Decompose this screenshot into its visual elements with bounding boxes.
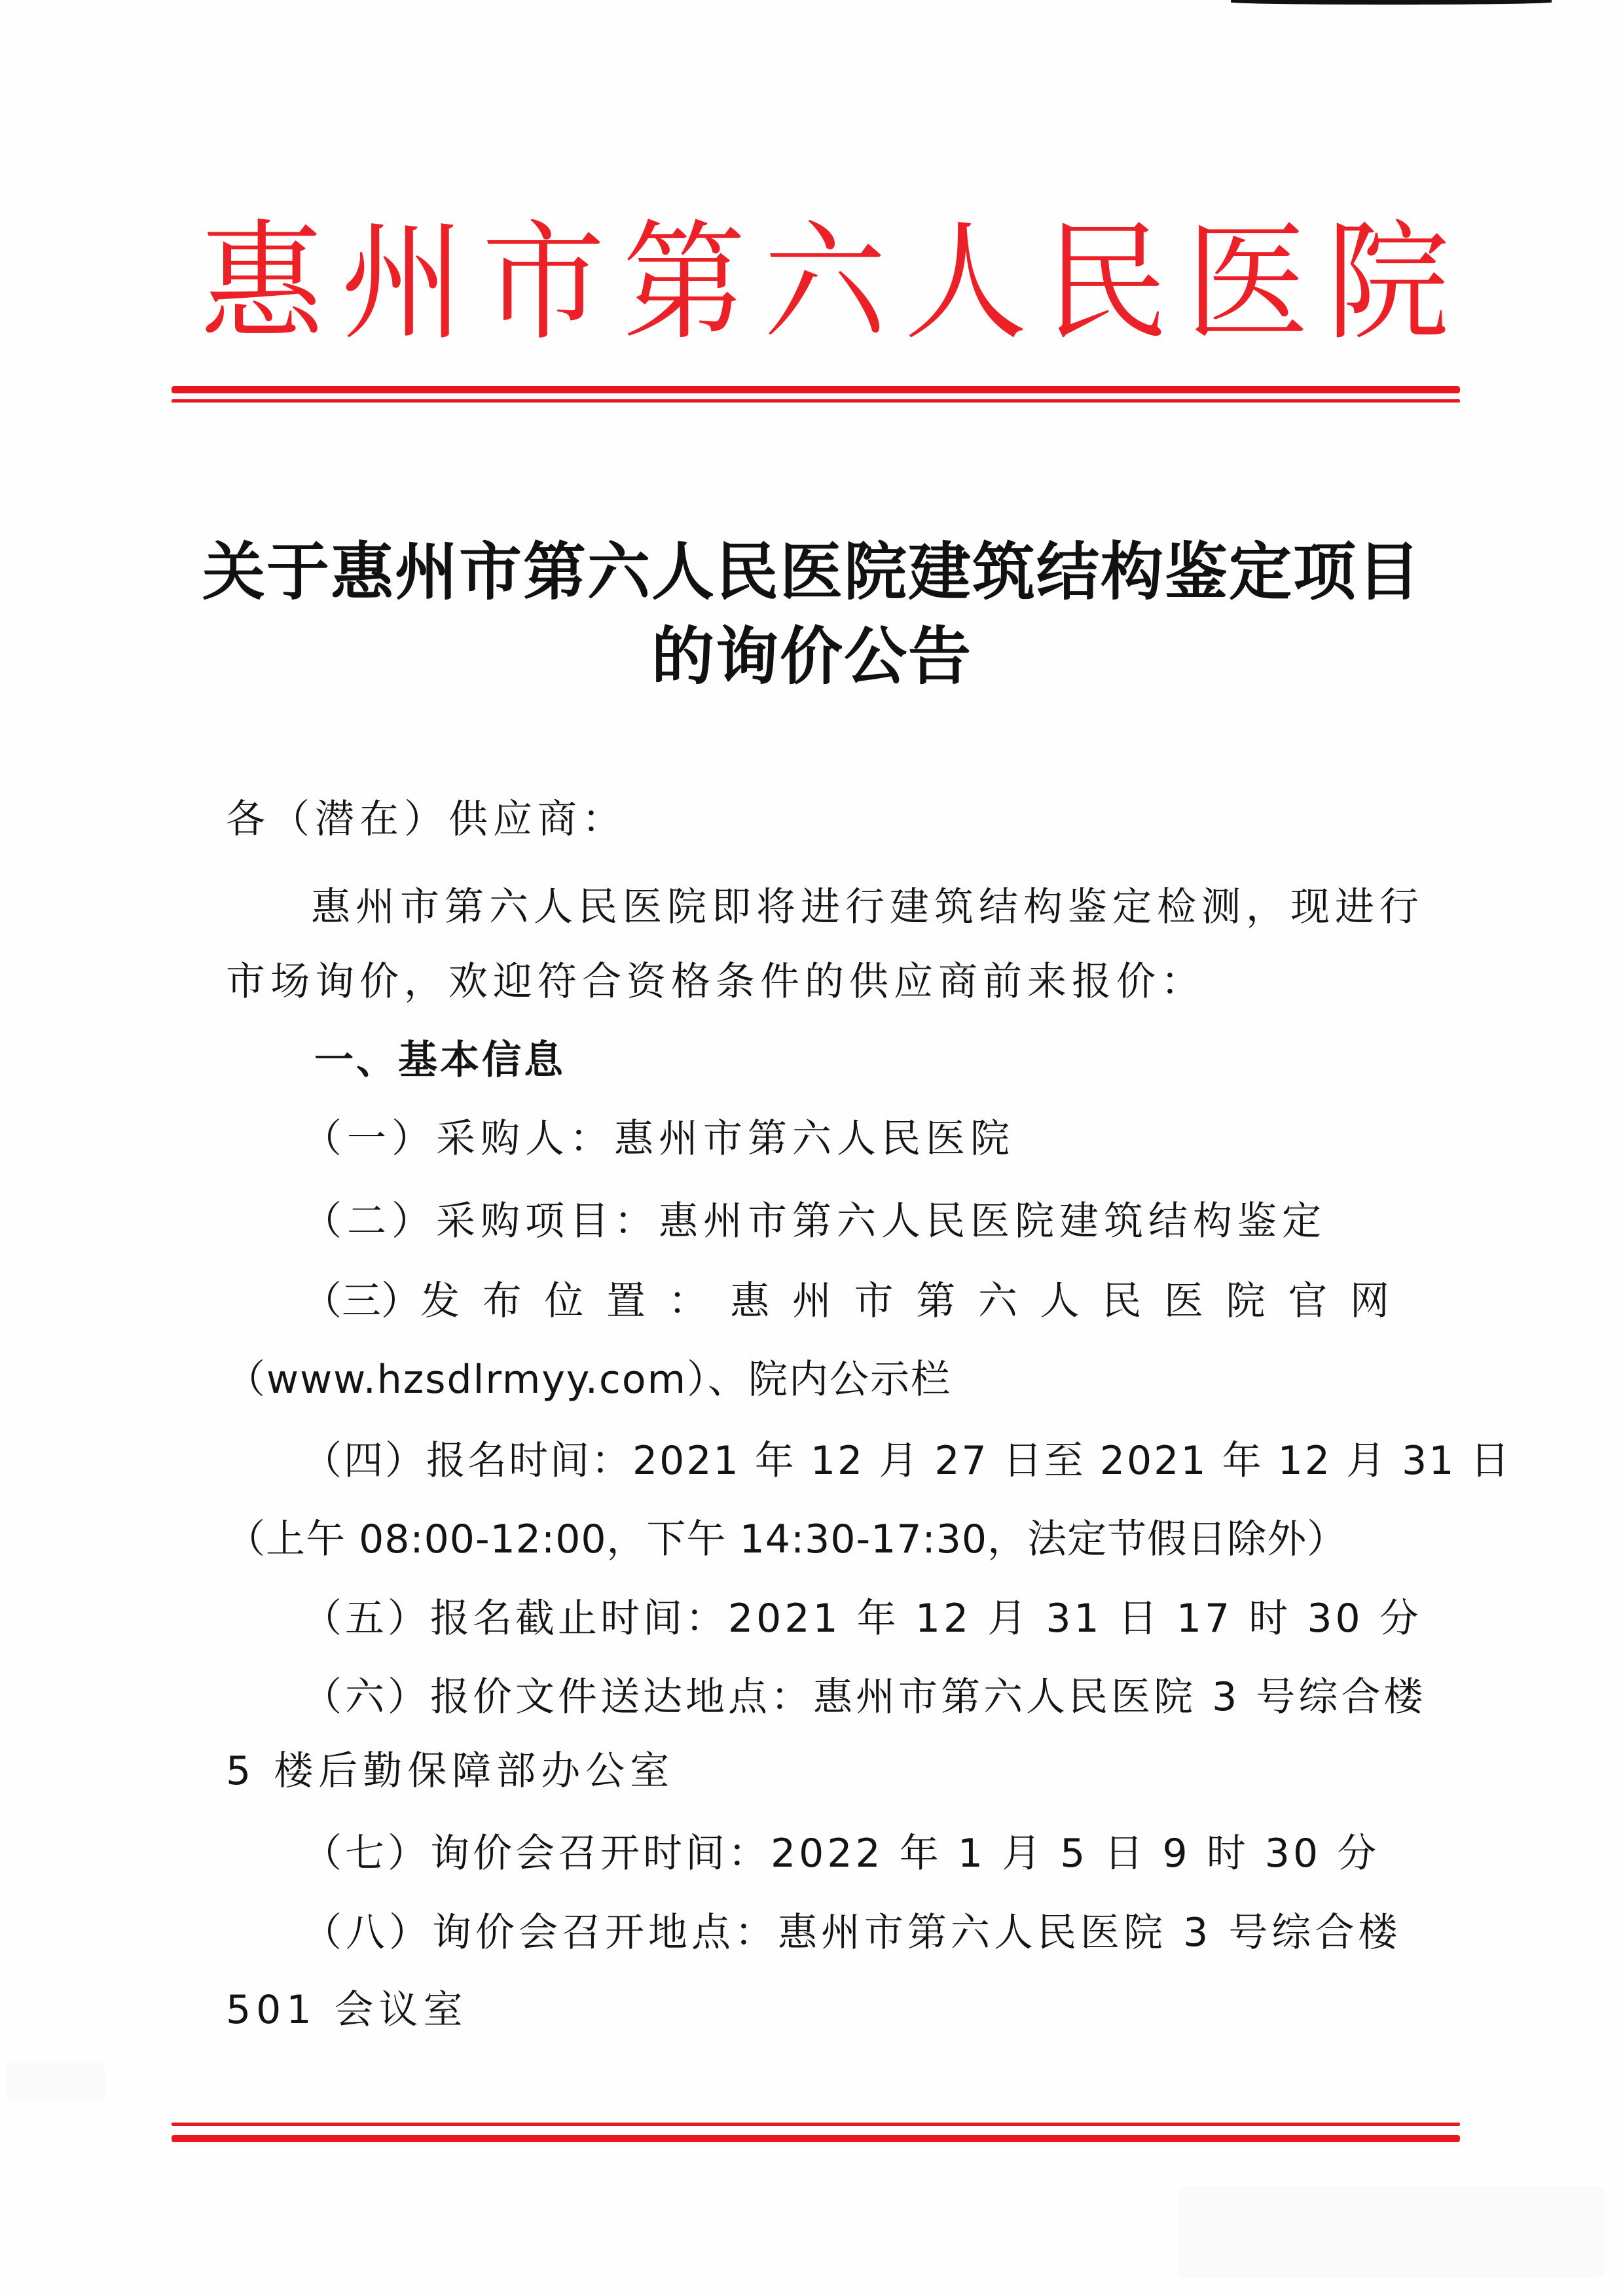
item-text-segment: 位 — [544, 1282, 583, 1321]
item-label: （八）询价会召开地点： — [302, 1910, 778, 1956]
item-label: （一）采购人： — [302, 1116, 614, 1162]
item-value: 惠州市第六人民医院 3 号综合楼 — [778, 1910, 1401, 1956]
item-text-segment: 布 — [483, 1282, 522, 1321]
footer-rule-thin — [172, 2123, 1460, 2126]
item-text-segment: 民 — [1102, 1282, 1141, 1321]
letterhead-char: 第 — [619, 219, 750, 348]
item-publish-location: （三）发 布 位 置 ： 惠 州 市 第 六 人 民 医 院 官 网 — [302, 1282, 1389, 1321]
item-label: （四）报名时间： — [302, 1438, 632, 1484]
item-meeting-time: （七）询价会召开时间：2022 年 1 月 5 日 9 时 30 分 — [302, 1834, 1468, 1873]
item-value: 惠州市第六人民医院建筑结构鉴定 — [659, 1198, 1326, 1244]
item-label: （七）询价会召开时间： — [302, 1831, 771, 1876]
item-publish-location-continuation: （www.hzsdlrmyy.com）、院内公示栏 — [226, 1360, 1391, 1399]
item-value: 惠州市第六人民医院 — [614, 1116, 1015, 1162]
document-title-line-1: 关于惠州市第六人民医院建筑结构鉴定项目 — [196, 541, 1427, 603]
scan-smudge — [1178, 2186, 1604, 2278]
item-text-segment: 惠 — [730, 1282, 769, 1321]
letterhead-char: 六 — [759, 219, 890, 348]
item-text-segment: 院 — [1226, 1282, 1266, 1321]
letterhead-char: 人 — [900, 219, 1031, 348]
scan-artifact — [1231, 0, 1552, 5]
item-text-segment: 医 — [1164, 1282, 1203, 1321]
item-project: （二）采购项目：惠州市第六人民医院建筑结构鉴定 — [302, 1202, 1468, 1241]
letterhead-char: 州 — [337, 219, 468, 348]
header-rule-thick — [172, 386, 1460, 393]
item-text-segment: 六 — [978, 1282, 1017, 1321]
item-purchaser: （一）采购人：惠州市第六人民医院 — [302, 1119, 1468, 1158]
item-value: 2021 年 12 月 31 日 17 时 30 分 — [728, 1596, 1422, 1641]
item-text-segment: 州 — [792, 1282, 831, 1321]
item-label: （六）报价文件送达地点： — [302, 1674, 813, 1720]
item-value: 2021 年 12 月 27 日至 2021 年 12 月 31 日 — [632, 1438, 1512, 1484]
letterhead-char: 市 — [478, 219, 609, 348]
header-rule-thin — [172, 399, 1460, 403]
letterhead-org-name: 惠 州 市 第 六 人 民 医 院 — [196, 208, 1453, 359]
letterhead-char: 惠 — [196, 219, 327, 348]
scan-smudge — [7, 2062, 105, 2101]
document-title-line-2: 的询价公告 — [196, 625, 1427, 688]
item-submission-location: （六）报价文件送达地点：惠州市第六人民医院 3 号综合楼 — [302, 1677, 1468, 1717]
salutation: 各（潜在）供应商： — [226, 800, 1391, 839]
item-text-segment: 官 — [1288, 1282, 1327, 1321]
item-submission-location-continuation: 5 楼后勤保障部办公室 — [226, 1751, 1391, 1791]
letterhead-char: 民 — [1041, 219, 1172, 348]
intro-line-2: 市场询价，欢迎符合资格条件的供应商前来报价： — [226, 962, 1391, 1001]
letterhead-char: 医 — [1182, 219, 1313, 348]
item-value: 2022 年 1 月 5 日 9 时 30 分 — [771, 1831, 1379, 1876]
intro-line-1: 惠州市第六人民医院即将进行建筑结构鉴定检测，现进行 — [311, 888, 1476, 927]
item-text-segment: （三）发 — [302, 1282, 460, 1321]
item-text-segment: 置 — [606, 1282, 646, 1321]
item-text-segment: 人 — [1040, 1282, 1080, 1321]
document-page: 惠 州 市 第 六 人 民 医 院 关于惠州市第六人民医院建筑结构鉴定项目 的询… — [0, 0, 1623, 2296]
item-meeting-location: （八）询价会召开地点：惠州市第六人民医院 3 号综合楼 — [302, 1913, 1468, 1952]
item-value: 惠州市第六人民医院 3 号综合楼 — [813, 1674, 1426, 1720]
item-text-segment: ： — [668, 1282, 708, 1321]
section-heading-basic-info: 一、基本信息 — [314, 1041, 1480, 1080]
item-text-segment: 网 — [1350, 1282, 1389, 1321]
item-registration-time: （四）报名时间：2021 年 12 月 27 日至 2021 年 12 月 31… — [302, 1441, 1468, 1480]
item-label: （二）采购项目： — [302, 1198, 659, 1244]
item-registration-deadline: （五）报名截止时间：2021 年 12 月 31 日 17 时 30 分 — [302, 1599, 1468, 1638]
item-meeting-location-continuation: 501 会议室 — [226, 1990, 1391, 2030]
item-text-segment: 市 — [854, 1282, 894, 1321]
item-label: （五）报名截止时间： — [302, 1596, 728, 1641]
footer-rule-thick — [172, 2135, 1460, 2142]
item-registration-time-continuation: （上午 08:00-12:00，下午 14:30-17:30，法定节假日除外） — [226, 1520, 1391, 1559]
item-text-segment: 第 — [916, 1282, 955, 1321]
letterhead-char: 院 — [1322, 219, 1453, 348]
